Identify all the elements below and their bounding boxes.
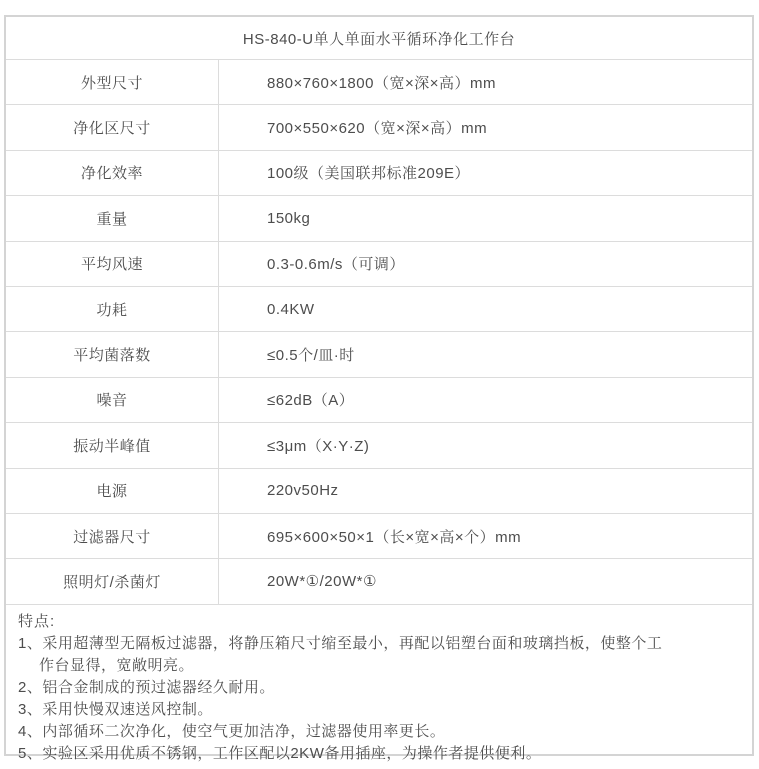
- spec-value: 695×600×50×1（长×宽×高×个）mm: [219, 514, 752, 558]
- table-header-row: HS-840-U单人单面水平循环净化工作台: [6, 17, 752, 60]
- spec-row: 外型尺寸 880×760×1800（宽×深×高）mm: [6, 60, 752, 105]
- spec-row: 平均风速 0.3-0.6m/s（可调）: [6, 242, 752, 287]
- feature-item: 3、采用快慢双速送风控制。: [18, 699, 740, 721]
- spec-label: 外型尺寸: [6, 60, 219, 104]
- spec-row: 振动半峰值 ≤3μm（X·Y·Z): [6, 423, 752, 468]
- spec-row: 电源 220v50Hz: [6, 469, 752, 514]
- spec-row: 功耗 0.4KW: [6, 287, 752, 332]
- feature-item: 2、铝合金制成的预过滤器经久耐用。: [18, 677, 740, 699]
- spec-label: 过滤器尺寸: [6, 514, 219, 558]
- spec-row: 过滤器尺寸 695×600×50×1（长×宽×高×个）mm: [6, 514, 752, 559]
- spec-value: 100级（美国联邦标准209E）: [219, 151, 752, 195]
- spec-row: 净化效率 100级（美国联邦标准209E）: [6, 151, 752, 196]
- spec-row: 噪音 ≤62dB（A）: [6, 378, 752, 423]
- features-list: 1、采用超薄型无隔板过滤器，将静压箱尺寸缩至最小，再配以铝塑台面和玻璃挡板，使整…: [18, 633, 740, 765]
- spec-row: 照明灯/杀菌灯 20W*①/20W*①: [6, 559, 752, 604]
- spec-value: 20W*①/20W*①: [219, 559, 752, 603]
- spec-row: 平均菌落数 ≤0.5个/皿·时: [6, 332, 752, 377]
- spec-label: 照明灯/杀菌灯: [6, 559, 219, 603]
- product-spec-sheet: HS-840-U单人单面水平循环净化工作台 外型尺寸 880×760×1800（…: [4, 15, 754, 756]
- product-title: HS-840-U单人单面水平循环净化工作台: [243, 28, 515, 49]
- spec-label: 净化效率: [6, 151, 219, 195]
- spec-label: 平均风速: [6, 242, 219, 286]
- spec-label: 电源: [6, 469, 219, 513]
- spec-row: 净化区尺寸 700×550×620（宽×深×高）mm: [6, 105, 752, 150]
- spec-value: 0.3-0.6m/s（可调）: [219, 242, 752, 286]
- spec-value: ≤62dB（A）: [219, 378, 752, 422]
- feature-item: 4、内部循环二次净化，使空气更加洁净，过滤器使用率更长。: [18, 721, 740, 743]
- feature-item: 5、实验区采用优质不锈钢，工作区配以2KW备用插座，为操作者提供便利。: [18, 743, 740, 765]
- spec-label: 功耗: [6, 287, 219, 331]
- spec-label: 重量: [6, 196, 219, 240]
- spec-value: 880×760×1800（宽×深×高）mm: [219, 60, 752, 104]
- feature-item: 1、采用超薄型无隔板过滤器，将静压箱尺寸缩至最小，再配以铝塑台面和玻璃挡板，使整…: [18, 633, 667, 677]
- spec-row: 重量 150kg: [6, 196, 752, 241]
- spec-value: 0.4KW: [219, 287, 752, 331]
- features-section: 特点: 1、采用超薄型无隔板过滤器，将静压箱尺寸缩至最小，再配以铝塑台面和玻璃挡…: [6, 605, 752, 765]
- spec-value: 700×550×620（宽×深×高）mm: [219, 105, 752, 149]
- spec-value: 220v50Hz: [219, 469, 752, 513]
- spec-value: ≤0.5个/皿·时: [219, 332, 752, 376]
- spec-label: 噪音: [6, 378, 219, 422]
- spec-label: 振动半峰值: [6, 423, 219, 467]
- spec-value: ≤3μm（X·Y·Z): [219, 423, 752, 467]
- spec-label: 净化区尺寸: [6, 105, 219, 149]
- spec-table: 外型尺寸 880×760×1800（宽×深×高）mm 净化区尺寸 700×550…: [6, 60, 752, 605]
- spec-label: 平均菌落数: [6, 332, 219, 376]
- features-heading: 特点:: [18, 611, 740, 633]
- spec-value: 150kg: [219, 196, 752, 240]
